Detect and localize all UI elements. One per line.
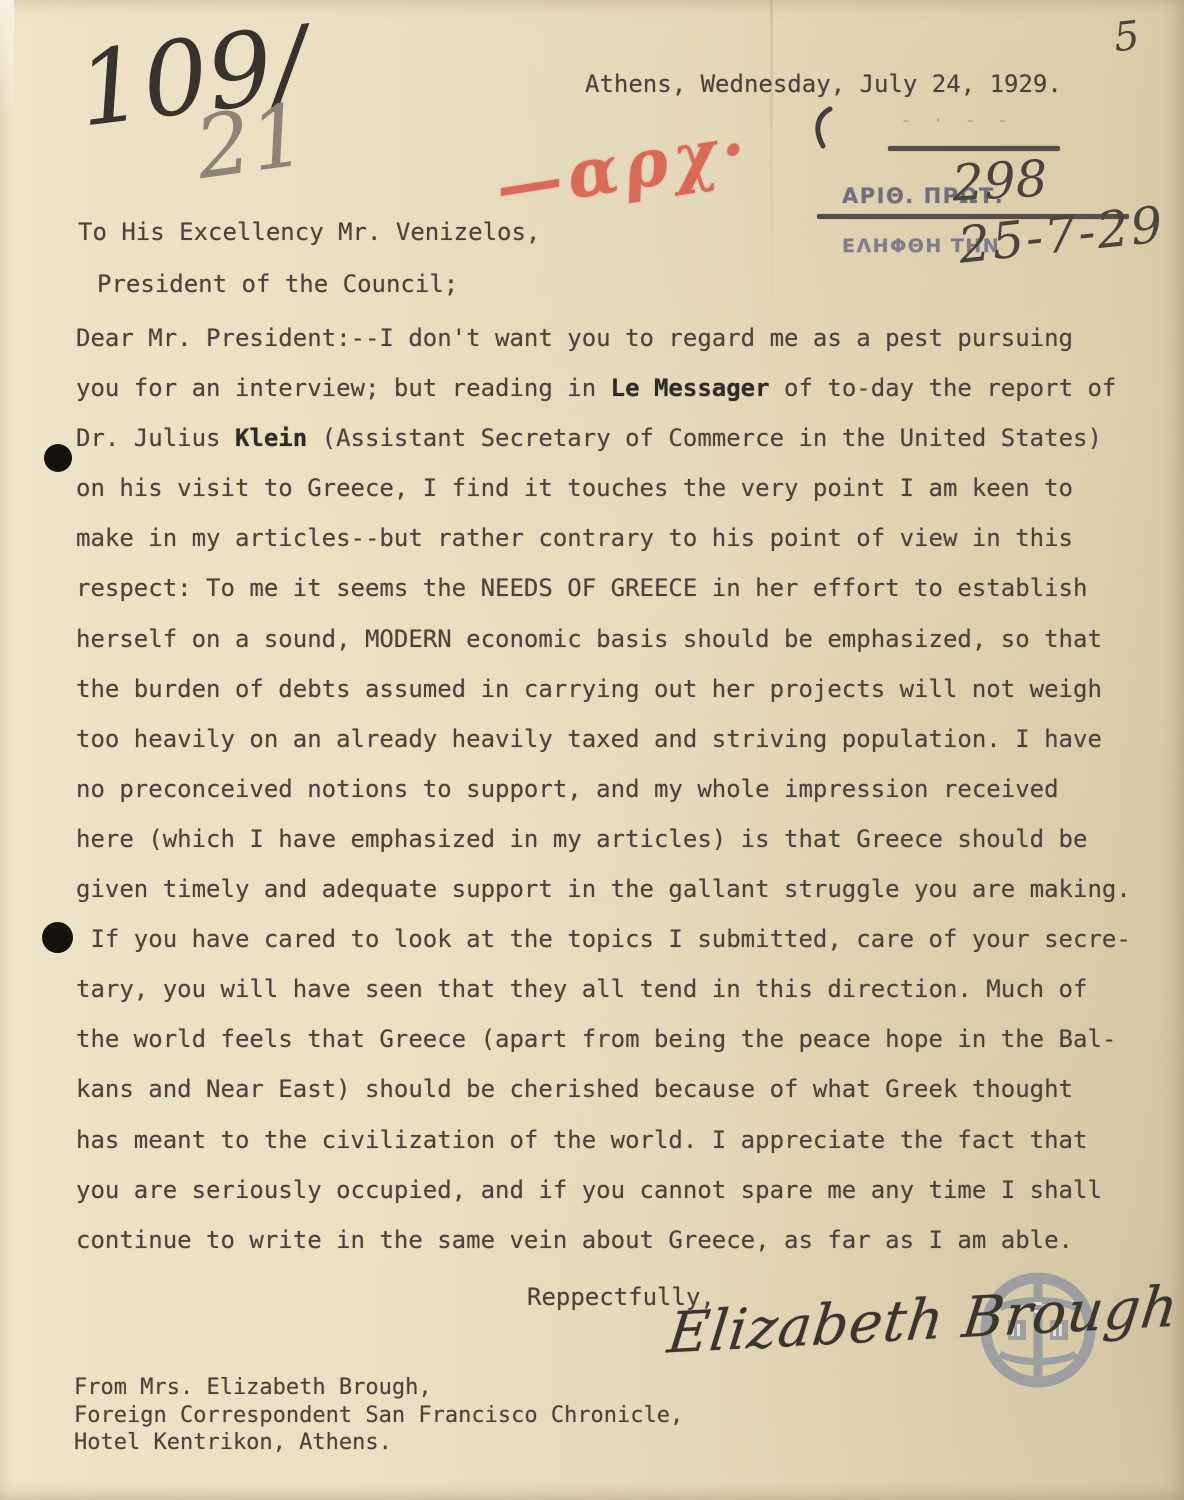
letter-body: Dear Mr. President:--I don't want you to… [76, 313, 1131, 1265]
body-line: make in my articles--but rather contrary… [76, 513, 1131, 563]
ghost-erased-text: ‐ · ‐ ‐ [900, 108, 1012, 132]
recipient-line-2: President of the Council; [97, 270, 458, 298]
body-line: the burden of debts assumed in carrying … [76, 664, 1131, 714]
dateline: Athens, Wednesday, July 24, 1929. [585, 70, 1062, 98]
punch-hole-top [44, 444, 72, 472]
page-number: 5 [1112, 13, 1142, 61]
body-line: If you have cared to look at the topics … [76, 914, 1131, 964]
archive-number-pencil: 21 [190, 85, 312, 199]
body-line: you are seriously occupied, and if you c… [76, 1165, 1131, 1215]
punch-hole-bottom [42, 922, 73, 953]
body-line: respect: To me it seems the NEEDS OF GRE… [76, 563, 1131, 613]
body-line: Dr. Julius Klein (Assistant Secretary of… [76, 413, 1131, 463]
body-line: kans and Near East) should be cherished … [76, 1064, 1131, 1114]
body-line: too heavily on an already heavily taxed … [76, 714, 1131, 764]
red-annotation: —αρχ· [490, 108, 756, 225]
body-line: Dear Mr. President:--I don't want you to… [76, 313, 1131, 363]
body-line: the world feels that Greece (apart from … [76, 1014, 1131, 1064]
body-line: here (which I have emphasized in my arti… [76, 814, 1131, 864]
body-line: continue to write in the same vein about… [76, 1215, 1131, 1265]
body-line: tary, you will have seen that they all t… [76, 964, 1131, 1014]
body-line: no preconceived notions to support, and … [76, 764, 1131, 814]
body-line: you for an interview; but reading in Le … [76, 363, 1131, 413]
body-line: herself on a sound, MODERN economic basi… [76, 614, 1131, 664]
signature: Elizabeth Brough [664, 1274, 1182, 1366]
bracket-mark [810, 106, 838, 150]
sender-line: From Mrs. Elizabeth Brough, [74, 1374, 683, 1402]
paper-crease [770, 0, 773, 320]
protocol-number: 298 [951, 150, 1049, 213]
sender-line: Foreign Correspondent San Francisco Chro… [74, 1402, 683, 1430]
recipient-line-1: To His Excellency Mr. Venizelos, [78, 218, 540, 246]
sender-block: From Mrs. Elizabeth Brough,Foreign Corre… [74, 1374, 683, 1457]
sender-line: Hotel Kentrikon, Athens. [74, 1429, 683, 1457]
body-line: has meant to the civilization of the wor… [76, 1115, 1131, 1165]
letter-page: 109/ 21 5 Athens, Wednesday, July 24, 19… [0, 0, 1184, 1500]
body-line: given timely and adequate support in the… [76, 864, 1131, 914]
body-line: on his visit to Greece, I find it touche… [76, 463, 1131, 513]
